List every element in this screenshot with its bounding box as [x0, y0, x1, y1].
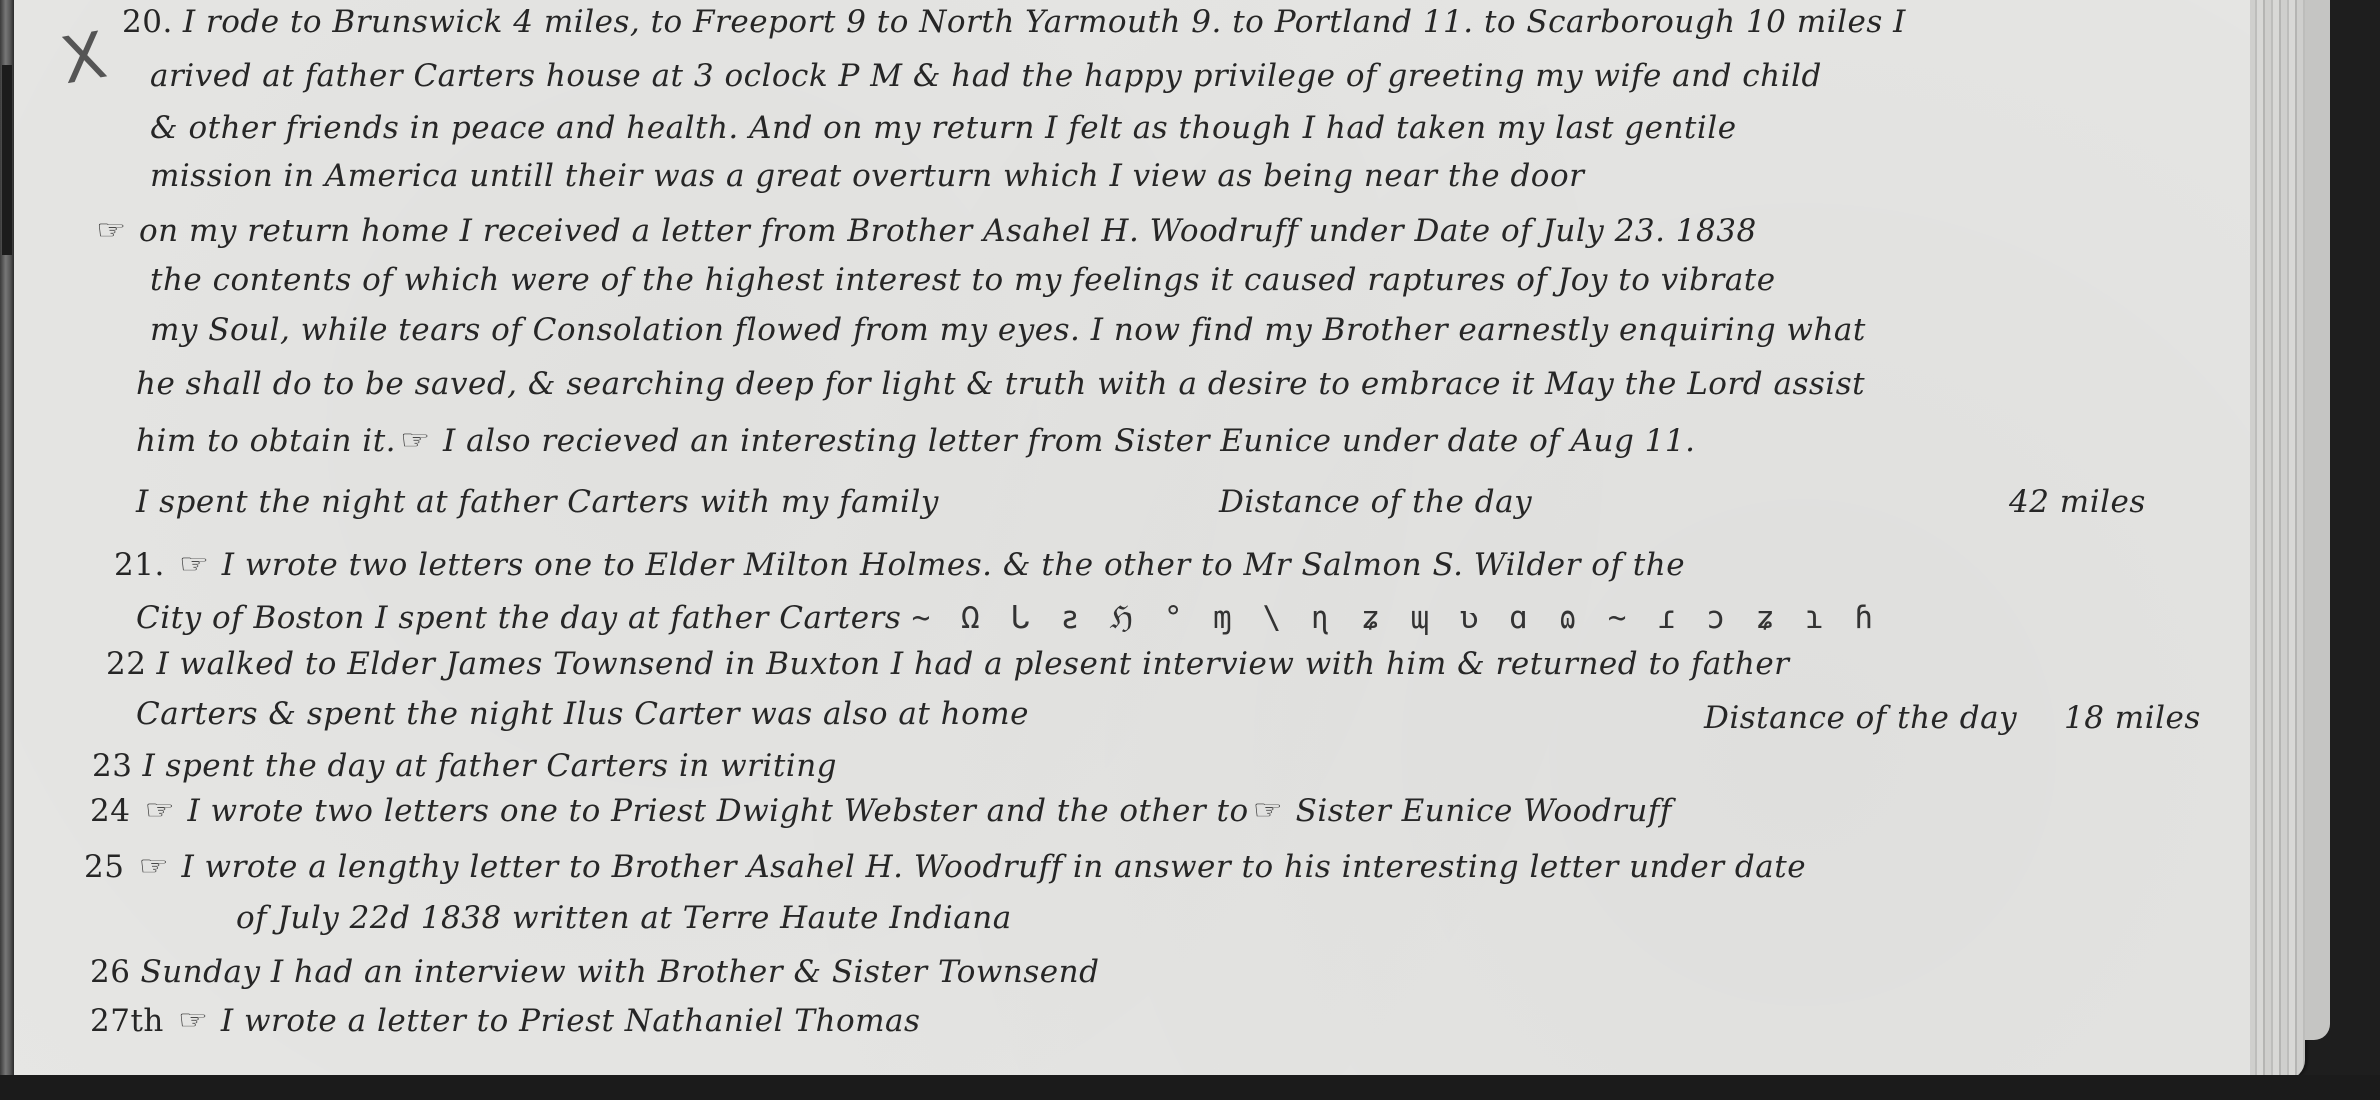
journal-line: 26Sunday I had an interview with Brother…	[90, 954, 1099, 990]
journal-line: the contents of which were of the highes…	[150, 262, 1776, 298]
pointing-hand-icon: ☞	[179, 548, 210, 580]
journal-line: & other friends in peace and health. And…	[150, 110, 1737, 146]
distance-label: Distance of the day	[1704, 700, 2017, 736]
journal-line: 21.☞I wrote two letters one to Elder Mil…	[114, 544, 1685, 584]
journal-line: my Soul, while tears of Consolation flow…	[150, 312, 1866, 348]
pointing-hand-icon: ☞	[96, 214, 127, 246]
pointing-hand-icon: ☞	[400, 424, 431, 456]
journal-line: 27th☞I wrote a letter to Priest Nathanie…	[90, 1000, 920, 1040]
journal-line: City of Boston I spent the day at father…	[136, 600, 1879, 636]
entry-date: 25	[84, 849, 124, 885]
journal-line: of July 22d 1838 written at Terre Haute …	[236, 900, 1012, 936]
margin-x-mark: X	[56, 19, 112, 99]
scan-background	[0, 1075, 2380, 1100]
journal-line: he shall do to be saved, & searching dee…	[136, 366, 1865, 402]
entry-date: 26	[90, 954, 130, 990]
entry-date: 21.	[114, 547, 165, 583]
pointing-hand-icon: ☞	[1253, 794, 1284, 826]
shorthand-text: ~ Ω ᒐ ƨ ℌ ° ɱ \ ɳ ʑ ɰ ʋ ɑ ɷ ~ ɾ ɔ ʑ ɿ ɦ	[912, 600, 1879, 636]
journal-line: 20.I rode to Brunswick 4 miles, to Freep…	[122, 4, 1906, 40]
journal-line: 25☞I wrote a lengthy letter to Brother A…	[84, 846, 1806, 886]
entry-date: 22	[106, 646, 146, 682]
journal-line: mission in America untill their was a gr…	[150, 158, 1584, 194]
distance-value: 42 miles	[2009, 484, 2146, 520]
entry-date: 24	[90, 793, 130, 829]
journal-line: 24☞I wrote two letters one to Priest Dwi…	[90, 790, 1672, 830]
journal-line: ☞on my return home I received a letter f…	[92, 210, 1757, 250]
journal-page: X 20.I rode to Brunswick 4 miles, to Fre…	[14, 0, 2250, 1075]
pointing-hand-icon: ☞	[178, 1004, 209, 1036]
entry-date: 23	[92, 748, 132, 784]
pointing-hand-icon: ☞	[144, 794, 175, 826]
journal-line: I spent the night at father Carters with…	[136, 484, 939, 520]
binding-shadow	[2, 65, 12, 255]
pointing-hand-icon: ☞	[138, 850, 169, 882]
journal-line: Carters & spent the night Ilus Carter wa…	[136, 696, 1029, 732]
journal-line: him to obtain it.☞I also recieved an int…	[136, 420, 1695, 460]
journal-line: 23I spent the day at father Carters in w…	[92, 748, 837, 784]
entry-date: 20.	[122, 4, 173, 40]
journal-line: 22I walked to Elder James Townsend in Bu…	[106, 646, 1789, 682]
distance-value: 18 miles	[2064, 700, 2201, 736]
distance-label: Distance of the day	[1219, 484, 1532, 520]
journal-line: arived at father Carters house at 3 oclo…	[150, 58, 1822, 94]
entry-date: 27th	[90, 1003, 164, 1039]
